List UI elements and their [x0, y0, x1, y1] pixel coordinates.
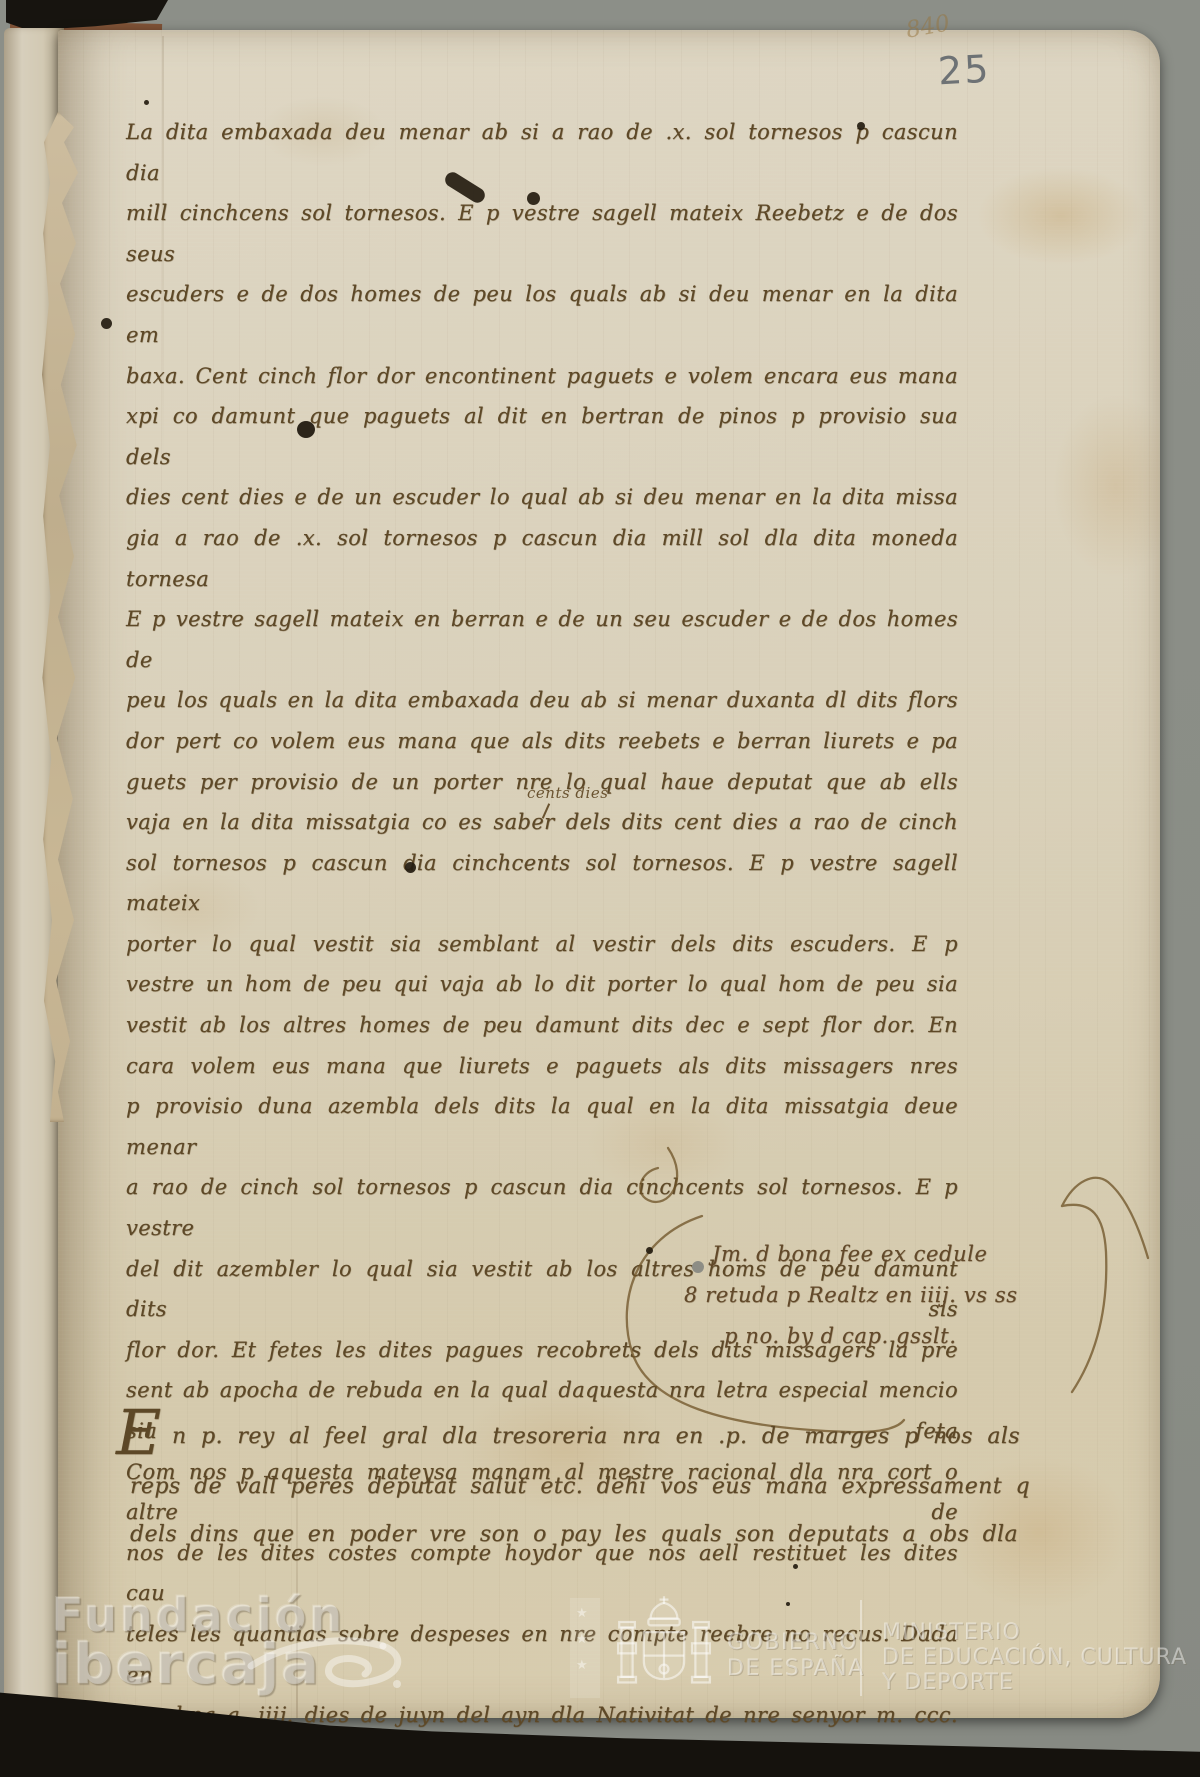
postscript-line: n p. rey al feel gral dla tresoreria nra…	[172, 1424, 1020, 1449]
ministerio-line3: Y DEPORTE	[882, 1670, 1187, 1695]
pen-flourish-curves	[0, 0, 1200, 1777]
watermark-divider-line	[860, 1600, 862, 1696]
ibercaja-logo-swoosh-icon	[245, 1618, 415, 1703]
gobierno-line1: GOBIERNO	[727, 1630, 865, 1656]
postscript-line: dels dins que en poder vre son o pay les…	[130, 1522, 1018, 1547]
flag-star-icon: ★	[576, 1632, 588, 1647]
flag-star-icon: ★	[576, 1606, 588, 1621]
gobierno-watermark-text: GOBIERNO DE ESPAÑA	[727, 1630, 865, 1682]
ministerio-line2: DE EDUCACIÓN, CULTURA	[882, 1645, 1187, 1670]
ink-speck	[793, 1564, 798, 1569]
paper-hole	[692, 1261, 704, 1273]
ink-blot	[405, 862, 416, 873]
gobierno-line2: DE ESPAÑA	[727, 1656, 865, 1682]
ink-speck	[646, 1247, 653, 1254]
ink-speck	[857, 122, 865, 130]
ink-speck	[144, 100, 149, 105]
ministerio-line1: MINISTERIO	[882, 1620, 1187, 1645]
manuscript-scan: 840 25 La dita embaxada deu menar ab si …	[0, 0, 1200, 1777]
ink-blot	[101, 318, 112, 329]
decorated-initial: E	[116, 1402, 161, 1464]
flag-star-icon: ★	[576, 1658, 588, 1673]
spain-coat-of-arms-icon	[608, 1594, 720, 1706]
ink-blot	[297, 421, 315, 438]
ink-blot	[527, 192, 540, 205]
ink-speck	[786, 1602, 790, 1606]
ministerio-watermark-text: MINISTERIO DE EDUCACIÓN, CULTURA Y DEPOR…	[882, 1620, 1187, 1695]
postscript-line: reps de vall peres deputat salut etc. de…	[130, 1474, 1030, 1499]
